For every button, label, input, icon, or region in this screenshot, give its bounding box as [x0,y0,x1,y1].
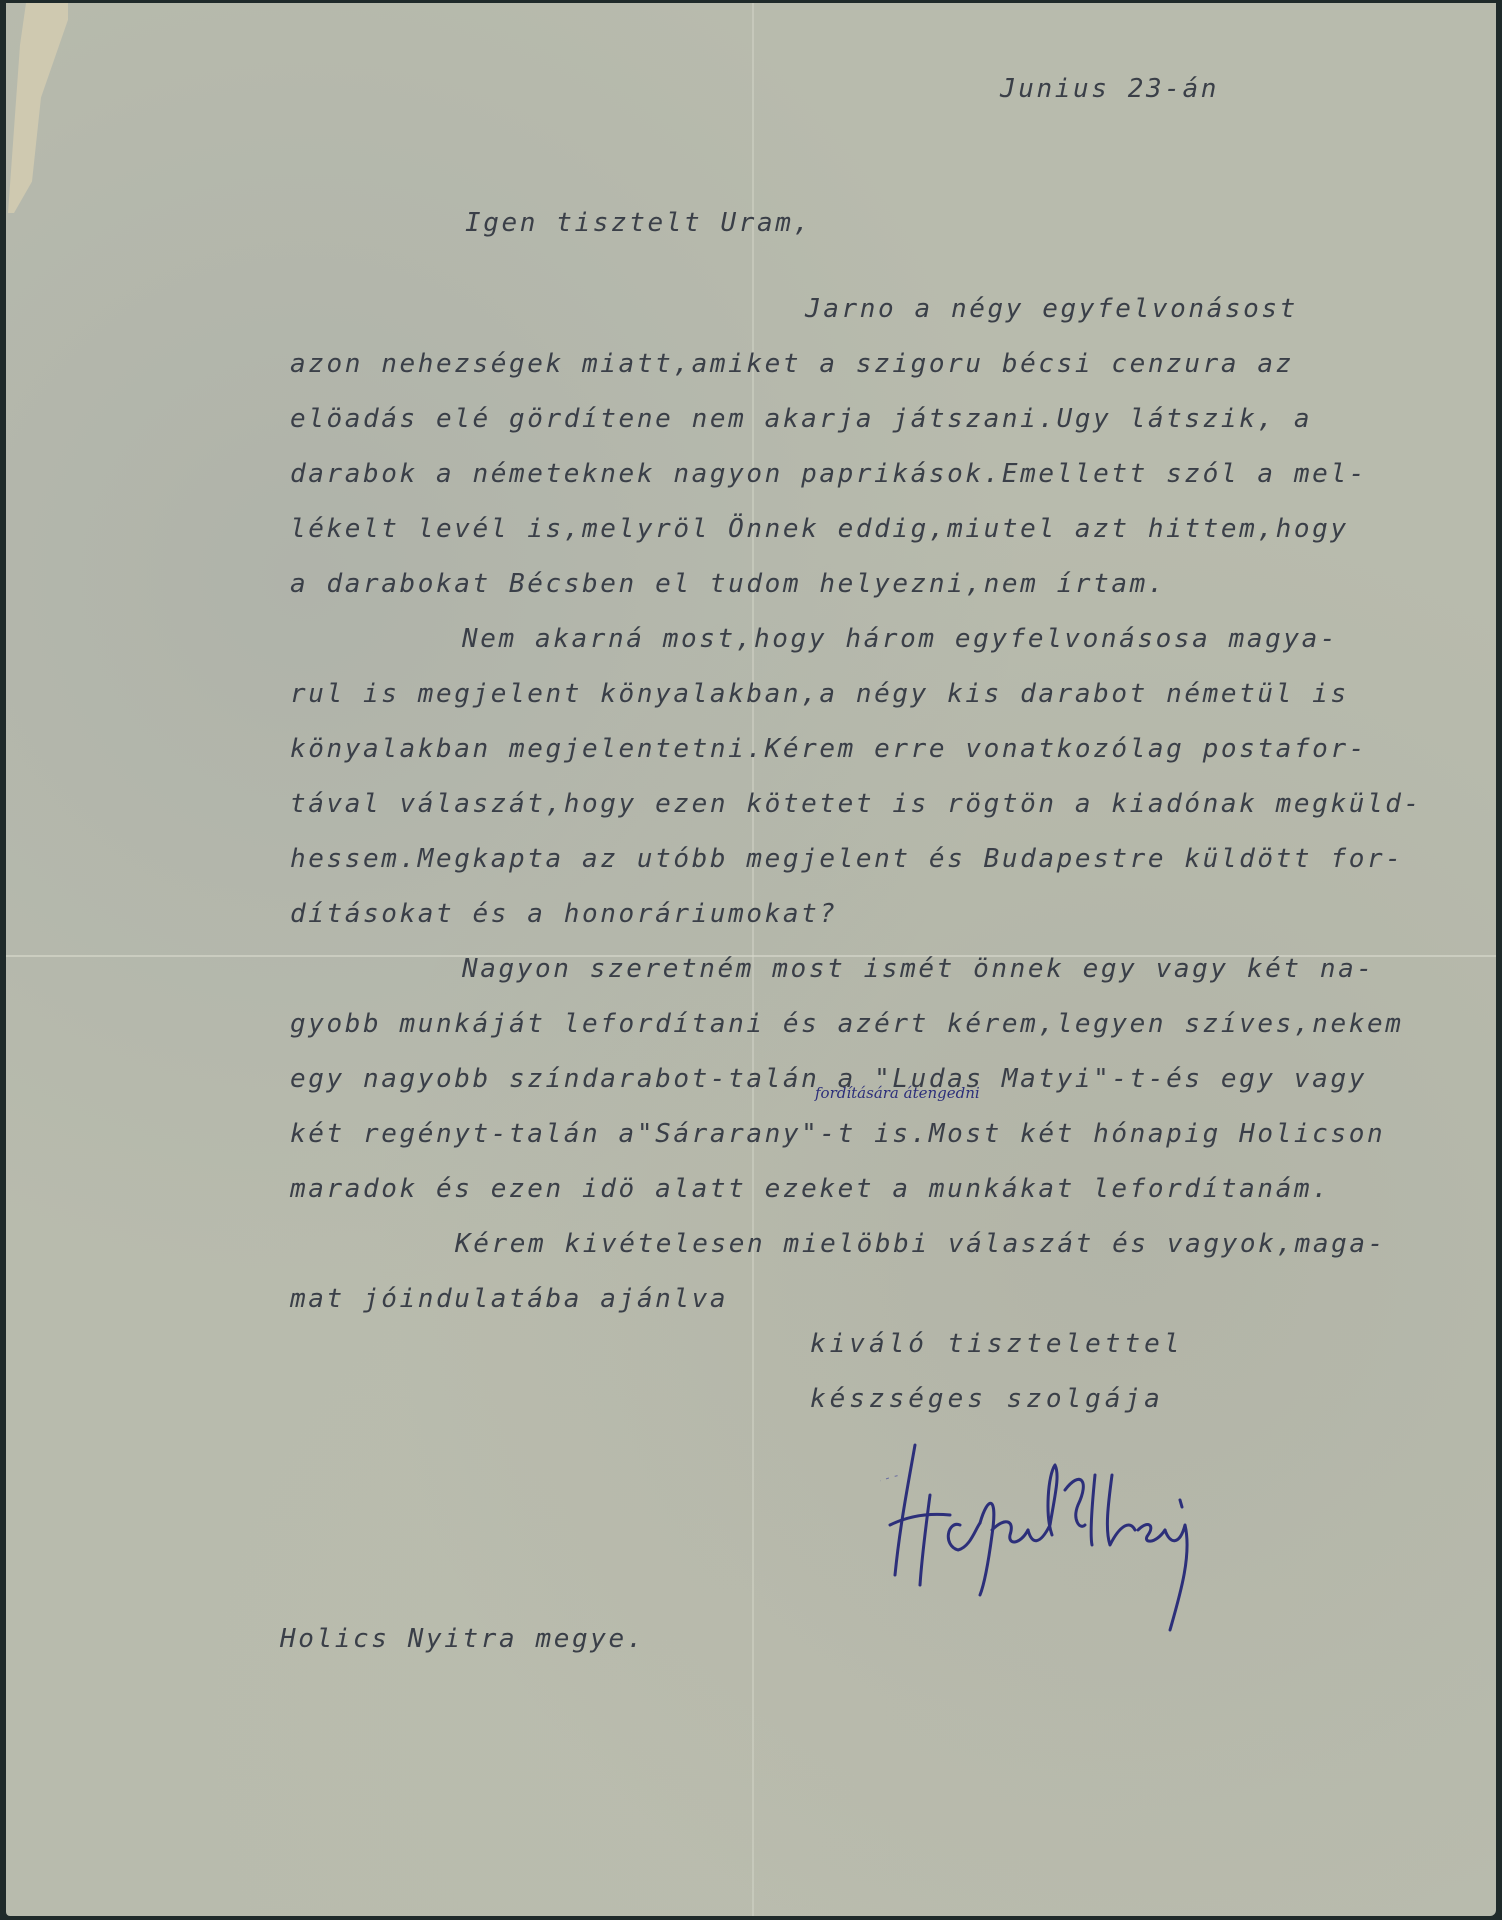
text-line: könyalakban megjelentetni.Kérem erre von… [290,736,1367,762]
text-line: rul is megjelent könyalakban,a négy kis … [290,681,1349,707]
closing-line-2: készséges szolgája [810,1386,1164,1412]
text-line: Nem akarná most,hogy három egyfelvonásos… [462,626,1338,652]
text-line: tával válaszát,hogy ezen kötetet is rögt… [290,791,1422,817]
handwritten-note: fordítására átengedni [815,1084,980,1102]
letter-date: Junius 23-án [1000,76,1219,102]
text-line: a darabokat Bécsben el tudom helyezni,ne… [290,571,1166,597]
salutation: Igen tisztelt Uram, [465,210,812,236]
text-line: maradok és ezen idö alatt ezeket a munká… [290,1176,1330,1202]
text-line: Nagyon szeretném most ismét önnek egy va… [462,956,1375,982]
text-line: dításokat és a honoráriumokat? [290,901,838,927]
text-line: azon nehezségek miatt,amiket a szigoru b… [290,351,1294,377]
text-line: Jarno a négy egyfelvonásost [805,296,1298,322]
text-line: Kérem kivételesen mielöbbi válaszát és v… [455,1231,1386,1257]
closing-line-1: kiváló tisztelettel [810,1331,1183,1357]
text-line: két regényt-talán a"Sárarany"-t is.Most … [290,1121,1385,1147]
text-line: hessem.Megkapta az utóbb megjelent és Bu… [290,846,1403,872]
text-line: gyobb munkáját lefordítani és azért kére… [290,1011,1403,1037]
text-line: lékelt levél is,melyröl Önnek eddig,miut… [290,516,1349,542]
place-of-writing: Holics Nyitra megye. [280,1626,645,1652]
text-line: mat jóindulatába ajánlva [290,1286,728,1312]
text-line: darabok a németeknek nagyon paprikások.E… [290,461,1367,487]
text-line: elöadás elé gördítene nem akarja játszan… [290,406,1312,432]
handwritten-signature [880,1435,1210,1635]
